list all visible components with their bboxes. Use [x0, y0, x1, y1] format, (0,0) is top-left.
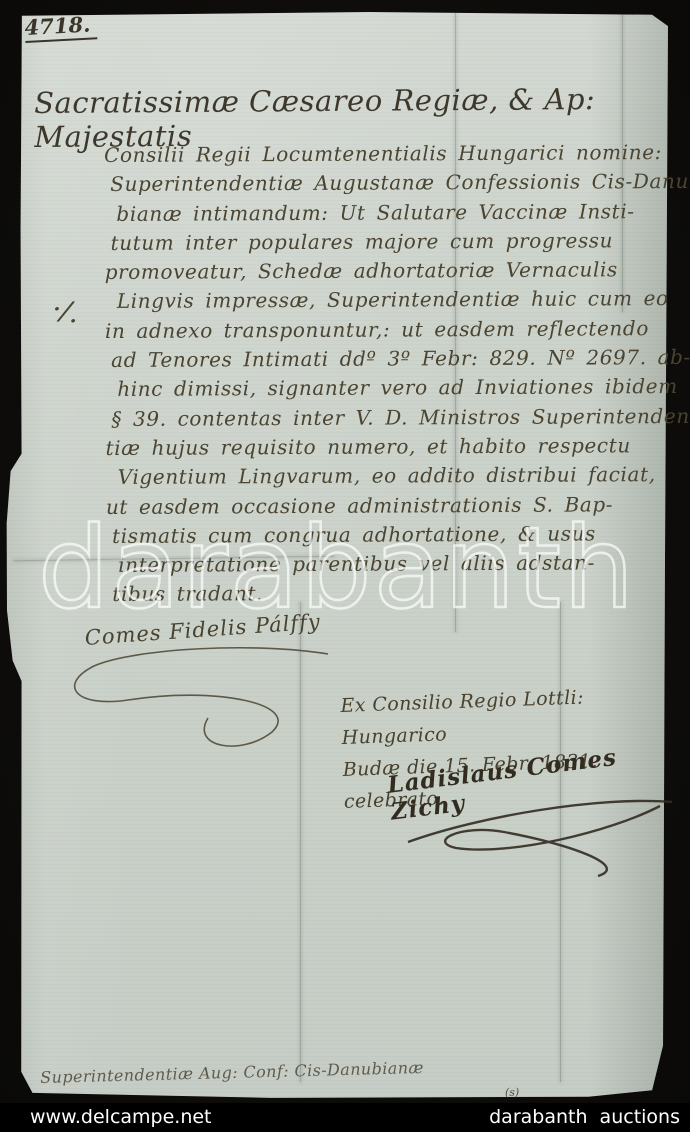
body-line: tismatis cum congrua adhortatione, & usu… — [112, 519, 671, 551]
attestation-flourish — [66, 640, 346, 760]
body-line: § 39. contentas inter V. D. Ministros Su… — [111, 402, 670, 434]
body-line: Consilii Regii Locumtenentialis Hungaric… — [104, 138, 669, 170]
body-line: Superintendentiæ Augustanæ Confessionis … — [110, 167, 669, 199]
body-line: Vigentium Lingvarum, eo addito distribui… — [118, 460, 671, 492]
auction-photo-of-document: 4718. Sacratissimæ Cæsareo Regiæ, & Ap: … — [0, 0, 690, 1132]
body-line: interpretatione parentibus vel aliis ads… — [118, 548, 671, 580]
body-line: tiæ hujus requisito numero, et habito re… — [106, 431, 671, 463]
endorsement-note: (s) — [505, 1086, 519, 1099]
body-line: in adnexo transponuntur,: ut easdem refl… — [105, 314, 670, 346]
body-text: Consilii Regii Locumtenentialis Hungaric… — [104, 138, 671, 610]
delcampe-url-text: www.delcampe.net — [30, 1106, 212, 1128]
reference-number: 4718. — [24, 11, 97, 43]
body-line: tibus tradant. — [112, 577, 671, 609]
body-line: Lingvis impressæ, Superintendentiæ huic … — [117, 285, 670, 317]
body-line: hinc dimissi, signanter vero ad Inviatio… — [117, 372, 670, 404]
signature-paraph — [400, 790, 680, 880]
darabanth-auctions-text: darabanth auctions — [489, 1106, 680, 1128]
body-line: ut easdem occasione administrationis S. … — [106, 490, 671, 522]
body-line: ad Tenores Intimati ddº 3º Febr: 829. Nº… — [111, 343, 670, 375]
body-line: tutum inter populares majore cum progres… — [110, 226, 669, 258]
body-line: bianæ intimandum: Ut Salutare Vaccinæ In… — [116, 197, 669, 229]
watermark-footer-bar: www.delcampe.net darabanth auctions — [0, 1103, 690, 1132]
body-line: promoveatur, Schedæ adhortatoriæ Vernacu… — [105, 255, 670, 287]
